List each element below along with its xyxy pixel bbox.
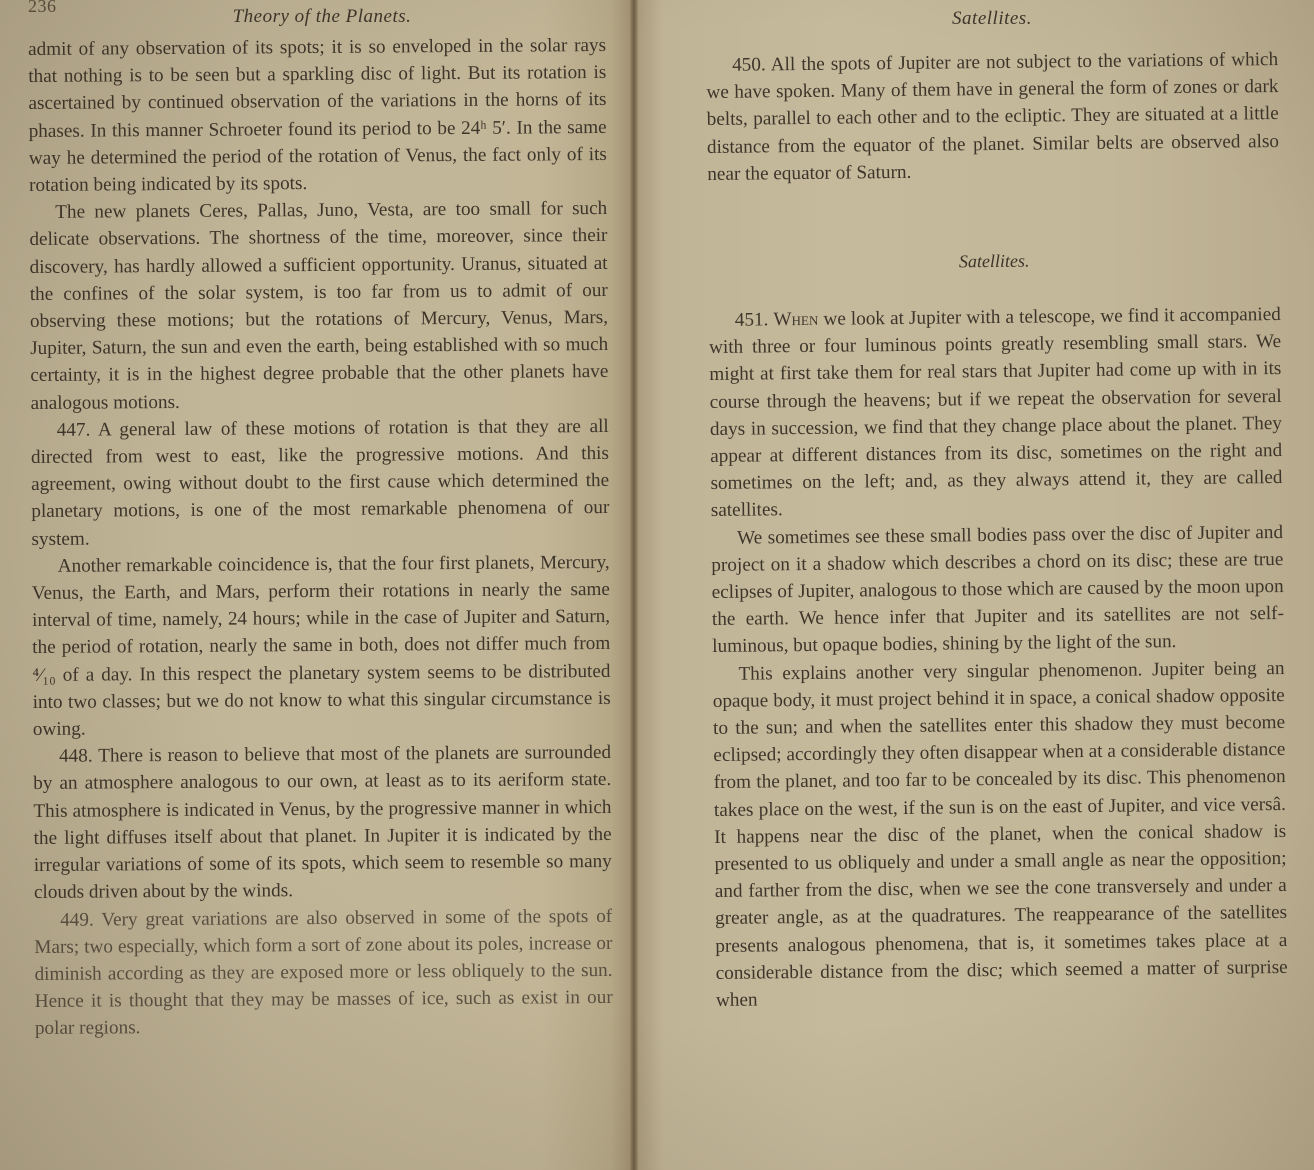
paragraph-new-planets: The new planets Ceres, Pallas, Juno, Ves… [29, 195, 609, 417]
paragraph-448: 448. There is reason to believe that mos… [33, 739, 612, 906]
section-number: 451. [735, 309, 769, 330]
paragraph-text: We sometimes see these small bodies pass… [711, 522, 1284, 658]
paragraph-451: 451. When we look at Jupiter with a tele… [709, 301, 1283, 525]
paragraph-text: we look at Jupiter with a telescope, we … [709, 304, 1283, 521]
left-running-head-title: Theory of the Planets. [233, 6, 412, 28]
paragraph-449: 449. Very great variations are also obse… [34, 902, 613, 1042]
open-book-spread: 236 Theory of the Planets. admit of any … [0, 0, 1314, 1170]
paragraph-text: admit of any observation of its spots; i… [28, 35, 607, 196]
paragraph-shadows: We sometimes see these small bodies pass… [711, 519, 1284, 661]
left-page-body: admit of any observation of its spots; i… [28, 32, 613, 1043]
section-heading-satellites: Satellites. [708, 248, 1280, 275]
section-number: 450. [732, 54, 766, 75]
section-number: 449. [60, 909, 94, 930]
lead-word: When [773, 309, 818, 330]
left-page: 236 Theory of the Planets. admit of any … [0, 0, 636, 1170]
paragraph-450: 450. All the spots of Jupiter are not su… [706, 46, 1279, 188]
left-running-head: 236 Theory of the Planets. [28, 0, 606, 36]
section-number: 448. [59, 746, 93, 767]
paragraph-text: A general law of these motions of rotati… [31, 416, 610, 550]
paragraph-text: All the spots of Jupiter are not subject… [706, 49, 1279, 185]
paragraph-text: Another remarkable coincidence is, that … [32, 552, 611, 740]
page-number: 236 [28, 0, 57, 17]
paragraph-continued: admit of any observation of its spots; i… [28, 32, 607, 199]
right-page-body: 450. All the spots of Jupiter are not su… [706, 46, 1288, 1014]
book-gutter [630, 0, 638, 1170]
paragraph-text: This explains another very singular phen… [713, 658, 1288, 1011]
right-running-head-title: Satellites. [952, 8, 1032, 29]
paragraph-eclipses: This explains another very singular phen… [712, 655, 1288, 1015]
paragraph-text: Very great variations are also observed … [34, 905, 613, 1039]
right-running-head: Satellites. [706, 0, 1278, 40]
right-page: Satellites. 450. All the spots of Jupite… [636, 0, 1314, 1170]
paragraph-coincidence: Another remarkable coincidence is, that … [32, 549, 611, 743]
section-number: 447. [57, 419, 91, 440]
paragraph-text: There is reason to believe that most of … [33, 742, 612, 903]
paragraph-447: 447. A general law of these motions of r… [31, 413, 610, 553]
paragraph-text: The new planets Ceres, Pallas, Juno, Ves… [29, 198, 608, 413]
